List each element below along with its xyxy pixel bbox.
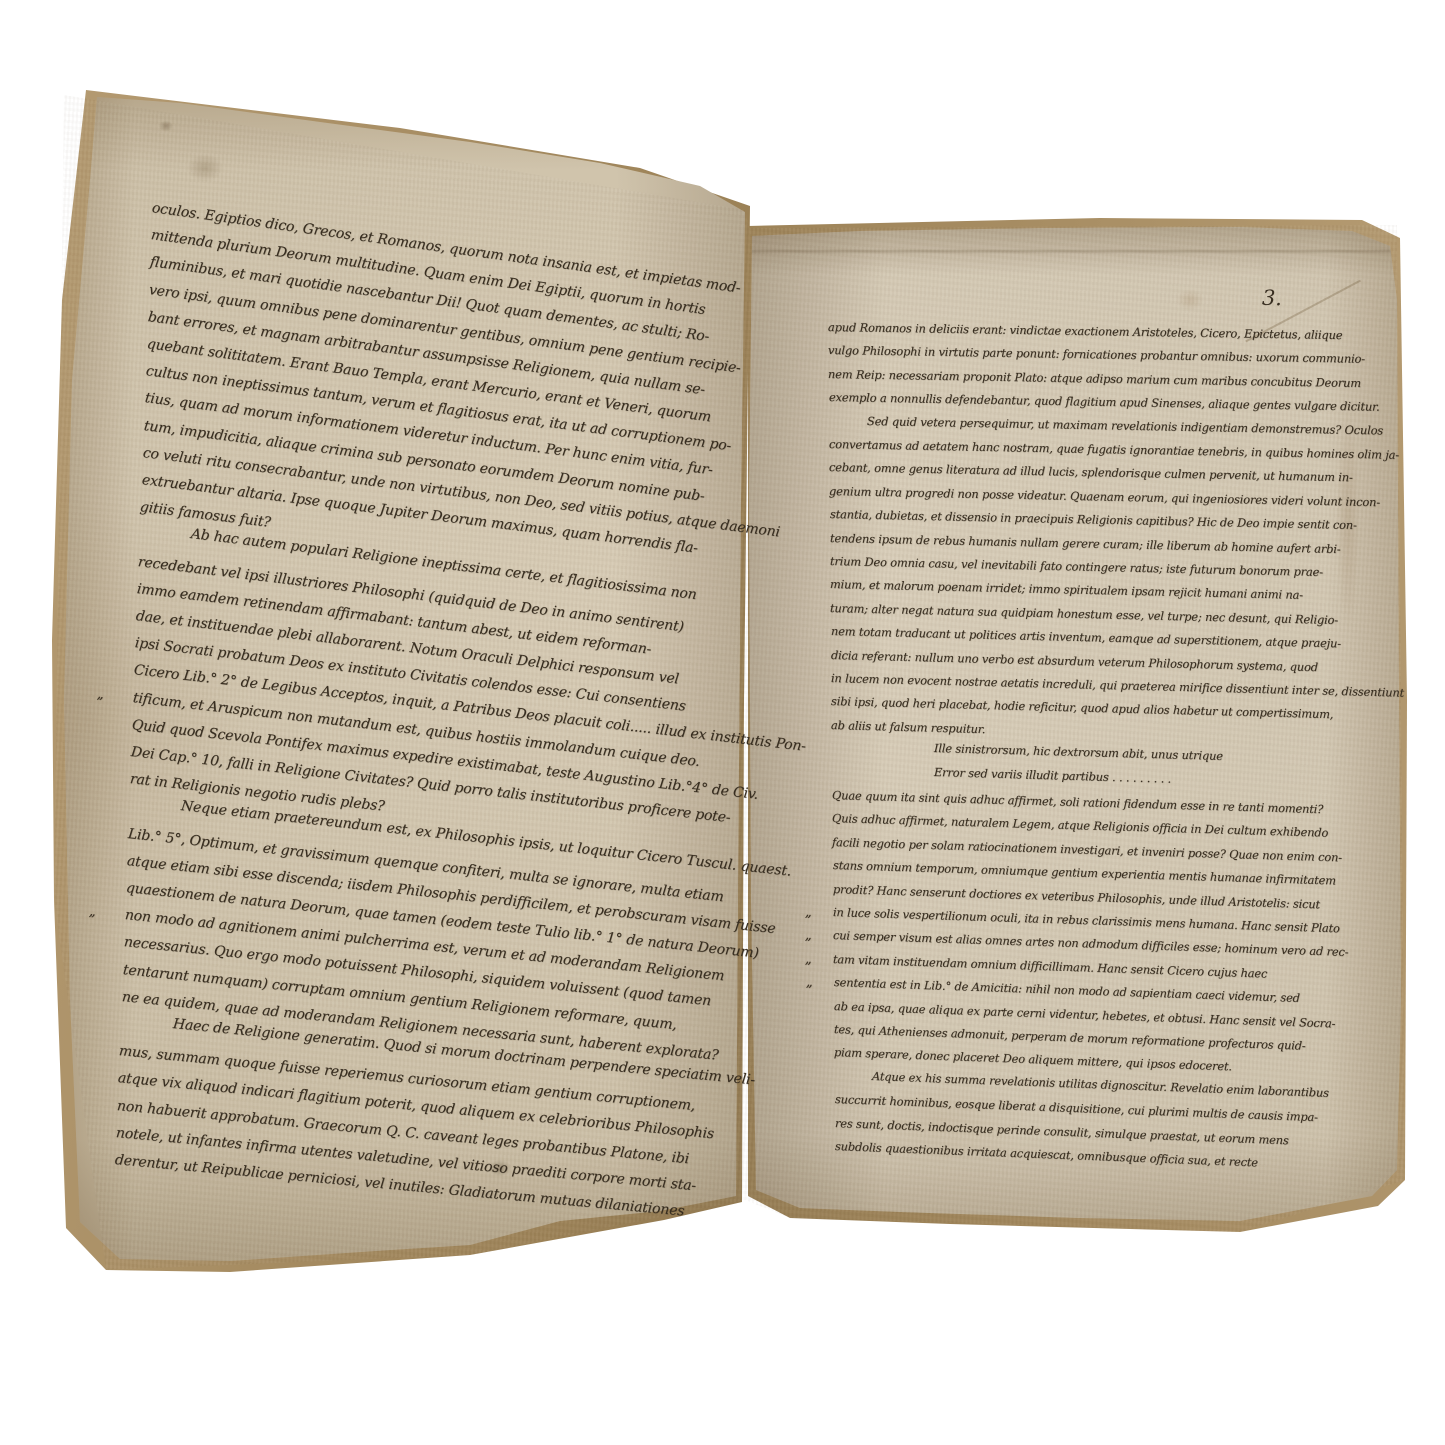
handwritten-line: stantia, dubietas, et dissensio in praec… bbox=[829, 507, 1356, 532]
handwritten-line: Sed quid vetera persequimur, ut maximam … bbox=[867, 414, 1383, 437]
handwritten-line: Error sed variis illudit partibus . . . … bbox=[934, 765, 1172, 786]
margin-quote-mark: „ bbox=[805, 975, 812, 990]
handwritten-line: Ille sinistrorsum, hic dextrorsum abit, … bbox=[933, 741, 1222, 763]
handwritten-line: cebant, omne genus literatura ad illud l… bbox=[829, 460, 1353, 484]
right-page-text: apud Romanos in deliciis erant: vindicta… bbox=[0, 0, 1445, 1445]
handwritten-line: Quis adhuc affirmet, naturalem Legem, at… bbox=[832, 811, 1329, 840]
handwritten-line: trium Deo omnia casu, vel inevitabili fa… bbox=[830, 554, 1323, 579]
handwritten-line: tendens ipsum de rebus humanis nullam ge… bbox=[830, 531, 1341, 556]
margin-quote-mark: „ bbox=[805, 928, 812, 943]
handwritten-line: Quae quum ita sint quis adhuc affirmet, … bbox=[832, 788, 1324, 816]
handwritten-line: exemplo a nonnullis defendebantur, quod … bbox=[828, 390, 1379, 414]
handwritten-line: apud Romanos in deliciis erant: vindicta… bbox=[828, 320, 1343, 342]
handwritten-line: ab aliis ut falsum respuitur. bbox=[831, 718, 986, 736]
handwritten-line: vulgo Philosophi in virtutis parte ponun… bbox=[828, 343, 1365, 366]
margin-quote-mark: „ bbox=[805, 905, 812, 920]
handwritten-line: sibi ipsi, quod heri placebat, hodie ref… bbox=[831, 694, 1334, 721]
handwritten-line: genium ultra progredi non posse videatur… bbox=[829, 484, 1380, 509]
handwritten-line: tam vitam instituendam omnium difficilli… bbox=[833, 952, 1268, 981]
handwritten-line: turam; alter negat natura sua quidpiam h… bbox=[830, 601, 1338, 627]
manuscript-photo: 3. oculos. Egiptios dico, Grecos, et Rom… bbox=[0, 0, 1445, 1445]
handwritten-line: nem totam traducant ut politices artis i… bbox=[830, 624, 1340, 650]
handwritten-line: convertamus ad aetatem hanc nostram, qua… bbox=[829, 437, 1399, 462]
handwritten-line: dicia referant: nullum uno verbo est abs… bbox=[831, 648, 1318, 674]
handwritten-line: mium, et malorum poenam irridet; immo sp… bbox=[830, 577, 1303, 602]
handwritten-line: stans omnium temporum, omniumque gentium… bbox=[832, 858, 1335, 888]
margin-quote-mark: „ bbox=[805, 952, 812, 967]
handwritten-line: nem Reip: necessariam proponit Plato: at… bbox=[828, 367, 1361, 390]
